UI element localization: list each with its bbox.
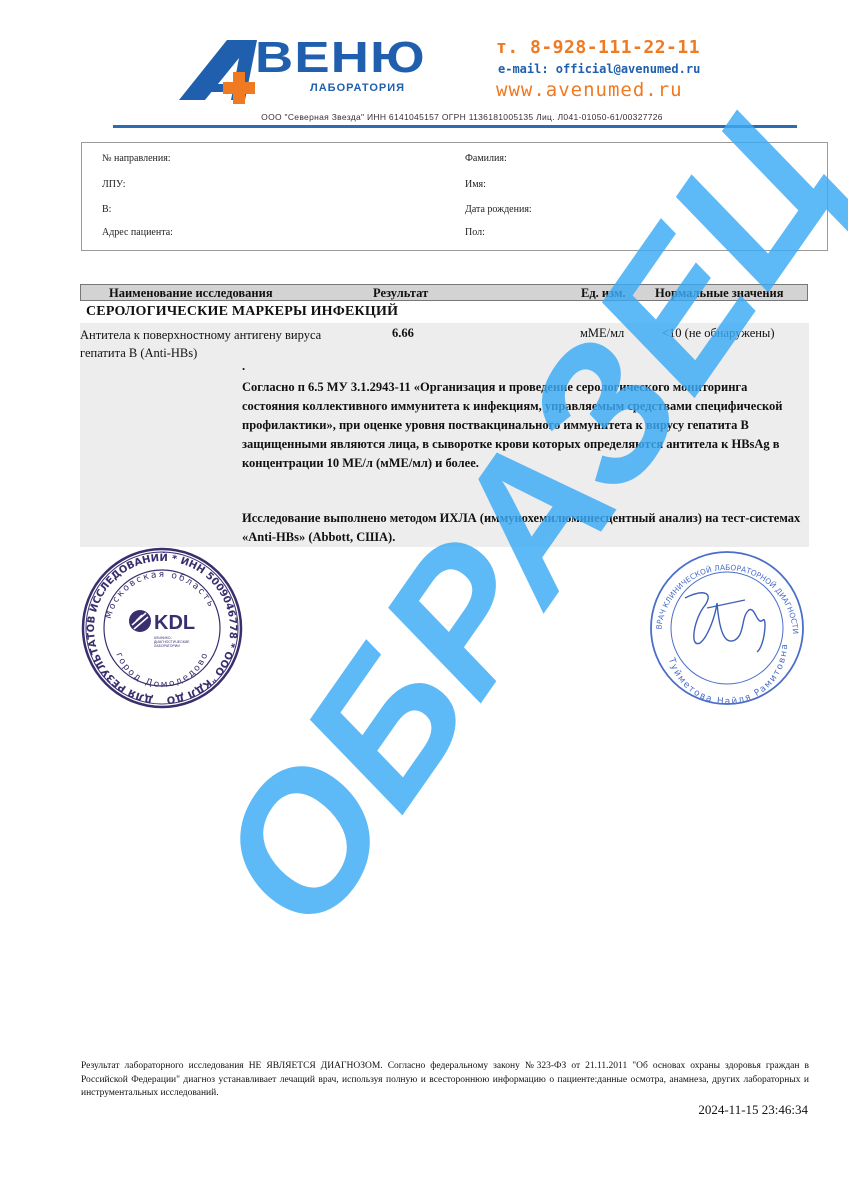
first-name-label: Имя: xyxy=(465,179,486,190)
v-label: В: xyxy=(102,204,111,215)
contact-phone: т. 8-928-111-22-11 xyxy=(496,37,700,58)
patient-info-box: № направления: ЛПУ: В: Адрес пациента: Ф… xyxy=(81,142,828,251)
patient-address-label: Адрес пациента: xyxy=(102,227,173,238)
doctor-stamp-icon: ВРАЧ КЛИНИЧЕСКОЙ ЛАБОРАТОРНОЙ ДИАГНОСТИК… xyxy=(645,548,810,708)
column-header-result: Результат xyxy=(373,286,428,301)
test-unit: мМЕ/мл xyxy=(580,326,624,341)
referral-number-label: № направления: xyxy=(102,153,171,164)
column-header-name: Наименование исследования xyxy=(109,286,273,301)
test-method: Исследование выполнено методом ИХЛА (имм… xyxy=(242,509,807,547)
brand-name: ВЕНЮ xyxy=(255,36,426,80)
section-title: СЕРОЛОГИЧЕСКИЕ МАРКЕРЫ ИНФЕКЦИЙ xyxy=(86,304,398,320)
svg-text:Туйметова Найля Рамитовна: Туйметова Найля Рамитовна xyxy=(666,643,790,708)
report-timestamp: 2024-11-15 23:46:34 xyxy=(698,1102,808,1118)
comment-marker: . xyxy=(242,359,245,374)
birth-date-label: Дата рождения: xyxy=(465,204,532,215)
lab-stamp-icon: ДЛЯ РЕЗУЛЬТАТОВ ИССЛЕДОВАНИЙ * ИНН 50090… xyxy=(80,547,245,709)
test-normal-range: <10 (не обнаружены) xyxy=(662,326,775,341)
contact-website: www.avenumed.ru xyxy=(496,79,683,101)
brand-subtitle: ЛАБОРАТОРИЯ xyxy=(310,82,405,94)
column-header-unit: Ед. изм. xyxy=(581,286,626,301)
contact-email: e-mail: official@avenumed.ru xyxy=(498,62,700,76)
last-name-label: Фамилия: xyxy=(465,153,507,164)
column-header-normal: Нормальные значения xyxy=(655,286,784,301)
header-divider xyxy=(113,125,797,128)
svg-text:ВРАЧ КЛИНИЧЕСКОЙ ЛАБОРАТОРНОЙ: ВРАЧ КЛИНИЧЕСКОЙ ЛАБОРАТОРНОЙ ДИАГНОСТИК… xyxy=(645,548,800,634)
company-details: ООО "Северная Звезда" ИНН 6141045157 ОГР… xyxy=(112,112,812,122)
lpu-label: ЛПУ: xyxy=(102,179,125,190)
svg-text:KDL: KDL xyxy=(154,612,195,634)
test-name: Антитела к поверхностному антигену вирус… xyxy=(80,326,330,362)
svg-text:город Домодедово: город Домодедово xyxy=(113,650,211,690)
sex-label: Пол: xyxy=(465,227,485,238)
test-result: 6.66 xyxy=(392,326,414,341)
test-comment: Согласно п 6.5 МУ 3.1.2943-11 «Организац… xyxy=(242,378,807,473)
svg-text:ЛАБОРАТОРИИ: ЛАБОРАТОРИИ xyxy=(154,644,180,648)
table-row: Антитела к поверхностному антигену вирус… xyxy=(80,323,809,547)
results-table-header: Наименование исследования Результат Ед. … xyxy=(80,284,808,301)
disclaimer: Результат лабораторного исследования НЕ … xyxy=(81,1060,809,1101)
